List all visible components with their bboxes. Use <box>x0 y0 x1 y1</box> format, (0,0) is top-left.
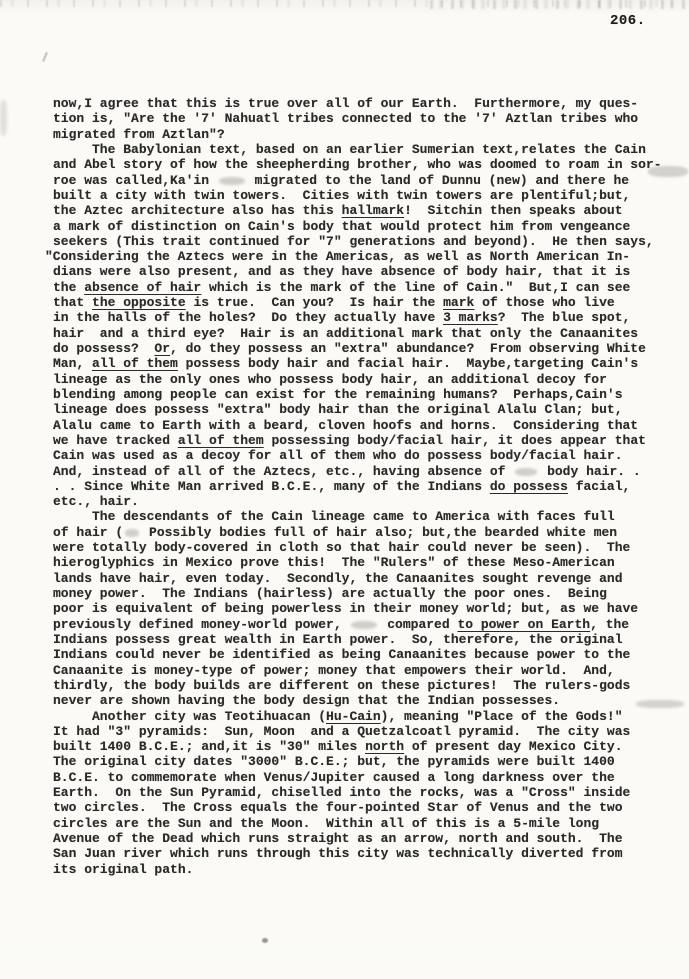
underlined-text: Or <box>154 341 170 356</box>
text-segment: "Considering the Aztecs were in the Amer… <box>45 249 630 264</box>
text-segment: And, instead of all of the Aztecs, etc.,… <box>53 464 513 479</box>
text-segment: tion is, "Are the '7' Nahuatl tribes con… <box>53 111 638 126</box>
text-line: the absence of hair which is the mark of… <box>53 280 678 295</box>
text-segment: hieroglyphics in Mexico prove this! The … <box>53 555 615 570</box>
text-segment: ! Sitchin then speaks about <box>404 203 622 218</box>
text-segment: thirdly, the body builds are different o… <box>53 678 630 693</box>
underlined-text: all of them <box>92 356 178 371</box>
text-segment: compared <box>379 617 457 632</box>
text-line: lineage as the only ones who possess bod… <box>53 372 678 387</box>
text-segment: we have tracked <box>53 433 178 448</box>
text-segment: etc., hair. <box>53 494 139 509</box>
text-line: a mark of distinction on Cain's body tha… <box>53 219 678 234</box>
text-segment: lineage does possess "extra" body hair t… <box>53 402 623 417</box>
text-segment: seekers (This trait continued for "7" ge… <box>53 234 654 249</box>
text-line: . . Since White Man arrived B.C.E., many… <box>53 479 678 494</box>
text-line: And, instead of all of the Aztecs, etc.,… <box>53 464 678 479</box>
text-line: San Juan river which runs through this c… <box>53 846 678 861</box>
text-segment: the <box>53 280 84 295</box>
ink-smudge <box>515 468 537 476</box>
text-segment: previously defined money-world power, <box>53 617 349 632</box>
text-line: money power. The Indians (hairless) are … <box>53 586 678 601</box>
underlined-text: mark <box>443 295 474 310</box>
text-line: lands have hair, even today. Secondly, t… <box>53 571 678 586</box>
text-segment: a mark of distinction on Cain's body tha… <box>53 219 630 234</box>
text-line: Indians possess great wealth in Earth po… <box>53 632 678 647</box>
text-line: migrated from Aztlan"? <box>53 127 678 142</box>
text-segment: possess body hair and facial hair. Maybe… <box>178 356 638 371</box>
text-segment: , the <box>590 617 629 632</box>
text-line: we have tracked all of them possessing b… <box>53 433 678 448</box>
text-line: and Abel story of how the sheepherding b… <box>53 157 678 172</box>
text-segment: of hair ( <box>53 525 123 540</box>
text-line: were totally body-covered in cloth so th… <box>53 540 678 555</box>
ink-smudge <box>125 529 139 537</box>
underlined-text: the opposite <box>92 295 186 310</box>
text-line: roe was called,Ka'in migrated to the lan… <box>53 173 678 188</box>
text-segment: the Aztec architecture also has this <box>53 203 342 218</box>
text-line: lineage does possess "extra" body hair t… <box>53 402 678 417</box>
text-segment: do possess? <box>53 341 154 356</box>
text-line: Avenue of the Dead which runs straight a… <box>53 831 678 846</box>
text-segment: lands have hair, even today. Secondly, t… <box>53 571 623 586</box>
underlined-text: to power on Earth <box>457 617 590 632</box>
text-segment: of present day Mexico City. <box>404 739 622 754</box>
paragraph: Another city was Teotihuacan (Hu-Cain), … <box>53 709 678 877</box>
text-line: in the halls of the holes? Do they actua… <box>53 310 678 325</box>
text-line: blending among people can exist for the … <box>53 387 678 402</box>
text-segment: that <box>53 295 92 310</box>
text-line: previously defined money-world power, co… <box>53 617 678 632</box>
text-segment: Cain was used as a decoy for all of them… <box>53 448 623 463</box>
text-segment: roe was called,Ka'in <box>53 173 217 188</box>
text-segment: which is the mark of the line of Cain." … <box>201 280 630 295</box>
text-segment: Man, <box>53 356 92 371</box>
document-body: now,I agree that this is true over all o… <box>53 96 678 877</box>
text-line: dians were also present, and as they hav… <box>53 264 678 279</box>
text-line: built 1400 B.C.E.; and,it is "30" miles … <box>53 739 678 754</box>
underlined-text: north <box>365 739 404 754</box>
text-segment: Indians could never be identified as bei… <box>53 647 630 662</box>
text-line: thirdly, the body builds are different o… <box>53 678 678 693</box>
text-line: the Aztec architecture also has this hal… <box>53 203 678 218</box>
underlined-text: do possess <box>490 479 568 494</box>
text-line: The Babylonian text, based on an earlier… <box>53 142 678 157</box>
text-line: do possess? Or, do they possess an "extr… <box>53 341 678 356</box>
text-segment: two circles. The Cross equals the four-p… <box>53 800 623 815</box>
text-line: Canaanite is money-type of power; money … <box>53 663 678 678</box>
text-line: B.C.E. to commemorate when Venus/Jupiter… <box>53 770 678 785</box>
underlined-text: hallmark <box>342 203 404 218</box>
text-segment: its original path. <box>53 862 193 877</box>
text-line: Cain was used as a decoy for all of them… <box>53 448 678 463</box>
text-segment: hair and a third eye? Hair is an additio… <box>53 326 638 341</box>
text-line: seekers (This trait continued for "7" ge… <box>53 234 678 249</box>
scan-artifact-bottom-speck <box>262 938 268 943</box>
text-line: of hair ( Possibly bodies full of hair a… <box>53 525 678 540</box>
text-line: The original city dates "3000" B.C.E.; b… <box>53 754 678 769</box>
text-line: poor is equivalent of being powerless in… <box>53 601 678 616</box>
scan-artifact-left-mark <box>0 100 7 136</box>
text-segment: The descendants of the Cain lineage came… <box>53 509 615 524</box>
text-line: The descendants of the Cain lineage came… <box>53 509 678 524</box>
scan-artifact-top-streaks <box>0 0 689 7</box>
text-line: It had "3" pyramids: Sun, Moon and a Que… <box>53 724 678 739</box>
text-segment: Alalu came to Earth with a beard, cloven… <box>53 418 638 433</box>
text-line: circles are the Sun and the Moon. Within… <box>53 816 678 831</box>
ink-smudge <box>351 621 377 629</box>
text-segment: San Juan river which runs through this c… <box>53 846 623 861</box>
page-number: 206. <box>610 13 646 29</box>
ink-smudge <box>219 177 245 185</box>
text-segment: built a city with twin towers. Cities wi… <box>53 188 630 203</box>
text-segment: Earth. On the Sun Pyramid, chiselled int… <box>53 785 630 800</box>
text-line: hieroglyphics in Mexico prove this! The … <box>53 555 678 570</box>
text-segment: of those who live <box>474 295 614 310</box>
text-segment: The original city dates "3000" B.C.E.; b… <box>53 754 615 769</box>
text-segment: facial, <box>568 479 630 494</box>
text-segment: lineage as the only ones who possess bod… <box>53 372 607 387</box>
text-segment: Another city was Teotihuacan ( <box>53 709 326 724</box>
text-segment: migrated to the land of Dunnu (new) and … <box>247 173 629 188</box>
text-line: its original path. <box>53 862 678 877</box>
text-segment: built 1400 B.C.E.; and,it is "30" miles <box>53 739 365 754</box>
text-line: that the opposite is true. Can you? Is h… <box>53 295 678 310</box>
text-segment: were totally body-covered in cloth so th… <box>53 540 630 555</box>
text-segment: is true. Can you? Is hair the <box>186 295 443 310</box>
text-segment: . . Since White Man arrived B.C.E., many… <box>53 479 490 494</box>
underlined-text: 3 marks <box>443 310 498 325</box>
text-line: built a city with twin towers. Cities wi… <box>53 188 678 203</box>
text-line: hair and a third eye? Hair is an additio… <box>53 326 678 341</box>
text-segment: Avenue of the Dead which runs straight a… <box>53 831 623 846</box>
document-page: 206. now,I agree that this is true over … <box>0 0 689 979</box>
scan-artifact-slash-mark <box>42 52 48 62</box>
text-segment: poor is equivalent of being powerless in… <box>53 601 638 616</box>
text-segment: circles are the Sun and the Moon. Within… <box>53 816 599 831</box>
text-line: tion is, "Are the '7' Nahuatl tribes con… <box>53 111 678 126</box>
text-segment: It had "3" pyramids: Sun, Moon and a Que… <box>53 724 630 739</box>
text-line: Indians could never be identified as bei… <box>53 647 678 662</box>
text-segment: in the halls of the holes? Do they actua… <box>53 310 443 325</box>
underlined-text: Hu-Cain <box>326 709 381 724</box>
text-segment: The Babylonian text, based on an earlier… <box>53 142 646 157</box>
text-line: Earth. On the Sun Pyramid, chiselled int… <box>53 785 678 800</box>
text-segment: Possibly bodies full of hair also; but,t… <box>141 525 617 540</box>
underlined-text: absence of hair <box>84 280 201 295</box>
text-segment: Indians possess great wealth in Earth po… <box>53 632 623 647</box>
text-segment: money power. The Indians (hairless) are … <box>53 586 607 601</box>
text-segment: possessing body/facial hair, it does app… <box>264 433 646 448</box>
text-segment: and Abel story of how the sheepherding b… <box>53 157 662 172</box>
text-line: Alalu came to Earth with a beard, cloven… <box>53 418 678 433</box>
text-line: Man, all of them possess body hair and f… <box>53 356 678 371</box>
text-segment: , do they possess an "extra" abundance? … <box>170 341 646 356</box>
paragraph: The descendants of the Cain lineage came… <box>53 509 678 708</box>
text-line: "Considering the Aztecs were in the Amer… <box>45 249 678 264</box>
text-segment: now,I agree that this is true over all o… <box>53 96 638 111</box>
text-line: now,I agree that this is true over all o… <box>53 96 678 111</box>
scan-artifact-top-streaks-2 <box>430 0 689 9</box>
text-line: etc., hair. <box>53 494 678 509</box>
text-segment: ? The blue spot, <box>498 310 631 325</box>
paragraph: The Babylonian text, based on an earlier… <box>53 142 678 510</box>
text-line: two circles. The Cross equals the four-p… <box>53 800 678 815</box>
text-line: never are shown having the body design t… <box>53 693 678 708</box>
text-segment: B.C.E. to commemorate when Venus/Jupiter… <box>53 770 615 785</box>
text-segment: migrated from Aztlan"? <box>53 127 225 142</box>
text-segment: Canaanite is money-type of power; money … <box>53 663 615 678</box>
underlined-text: all of them <box>178 433 264 448</box>
text-segment: body hair. . <box>539 464 640 479</box>
text-segment: blending among people can exist for the … <box>53 387 623 402</box>
text-segment: ), meaning "Place of the Gods!" <box>381 709 623 724</box>
text-line: Another city was Teotihuacan (Hu-Cain), … <box>53 709 678 724</box>
paragraph: now,I agree that this is true over all o… <box>53 96 678 142</box>
text-segment: never are shown having the body design t… <box>53 693 560 708</box>
text-segment: dians were also present, and as they hav… <box>53 264 630 279</box>
